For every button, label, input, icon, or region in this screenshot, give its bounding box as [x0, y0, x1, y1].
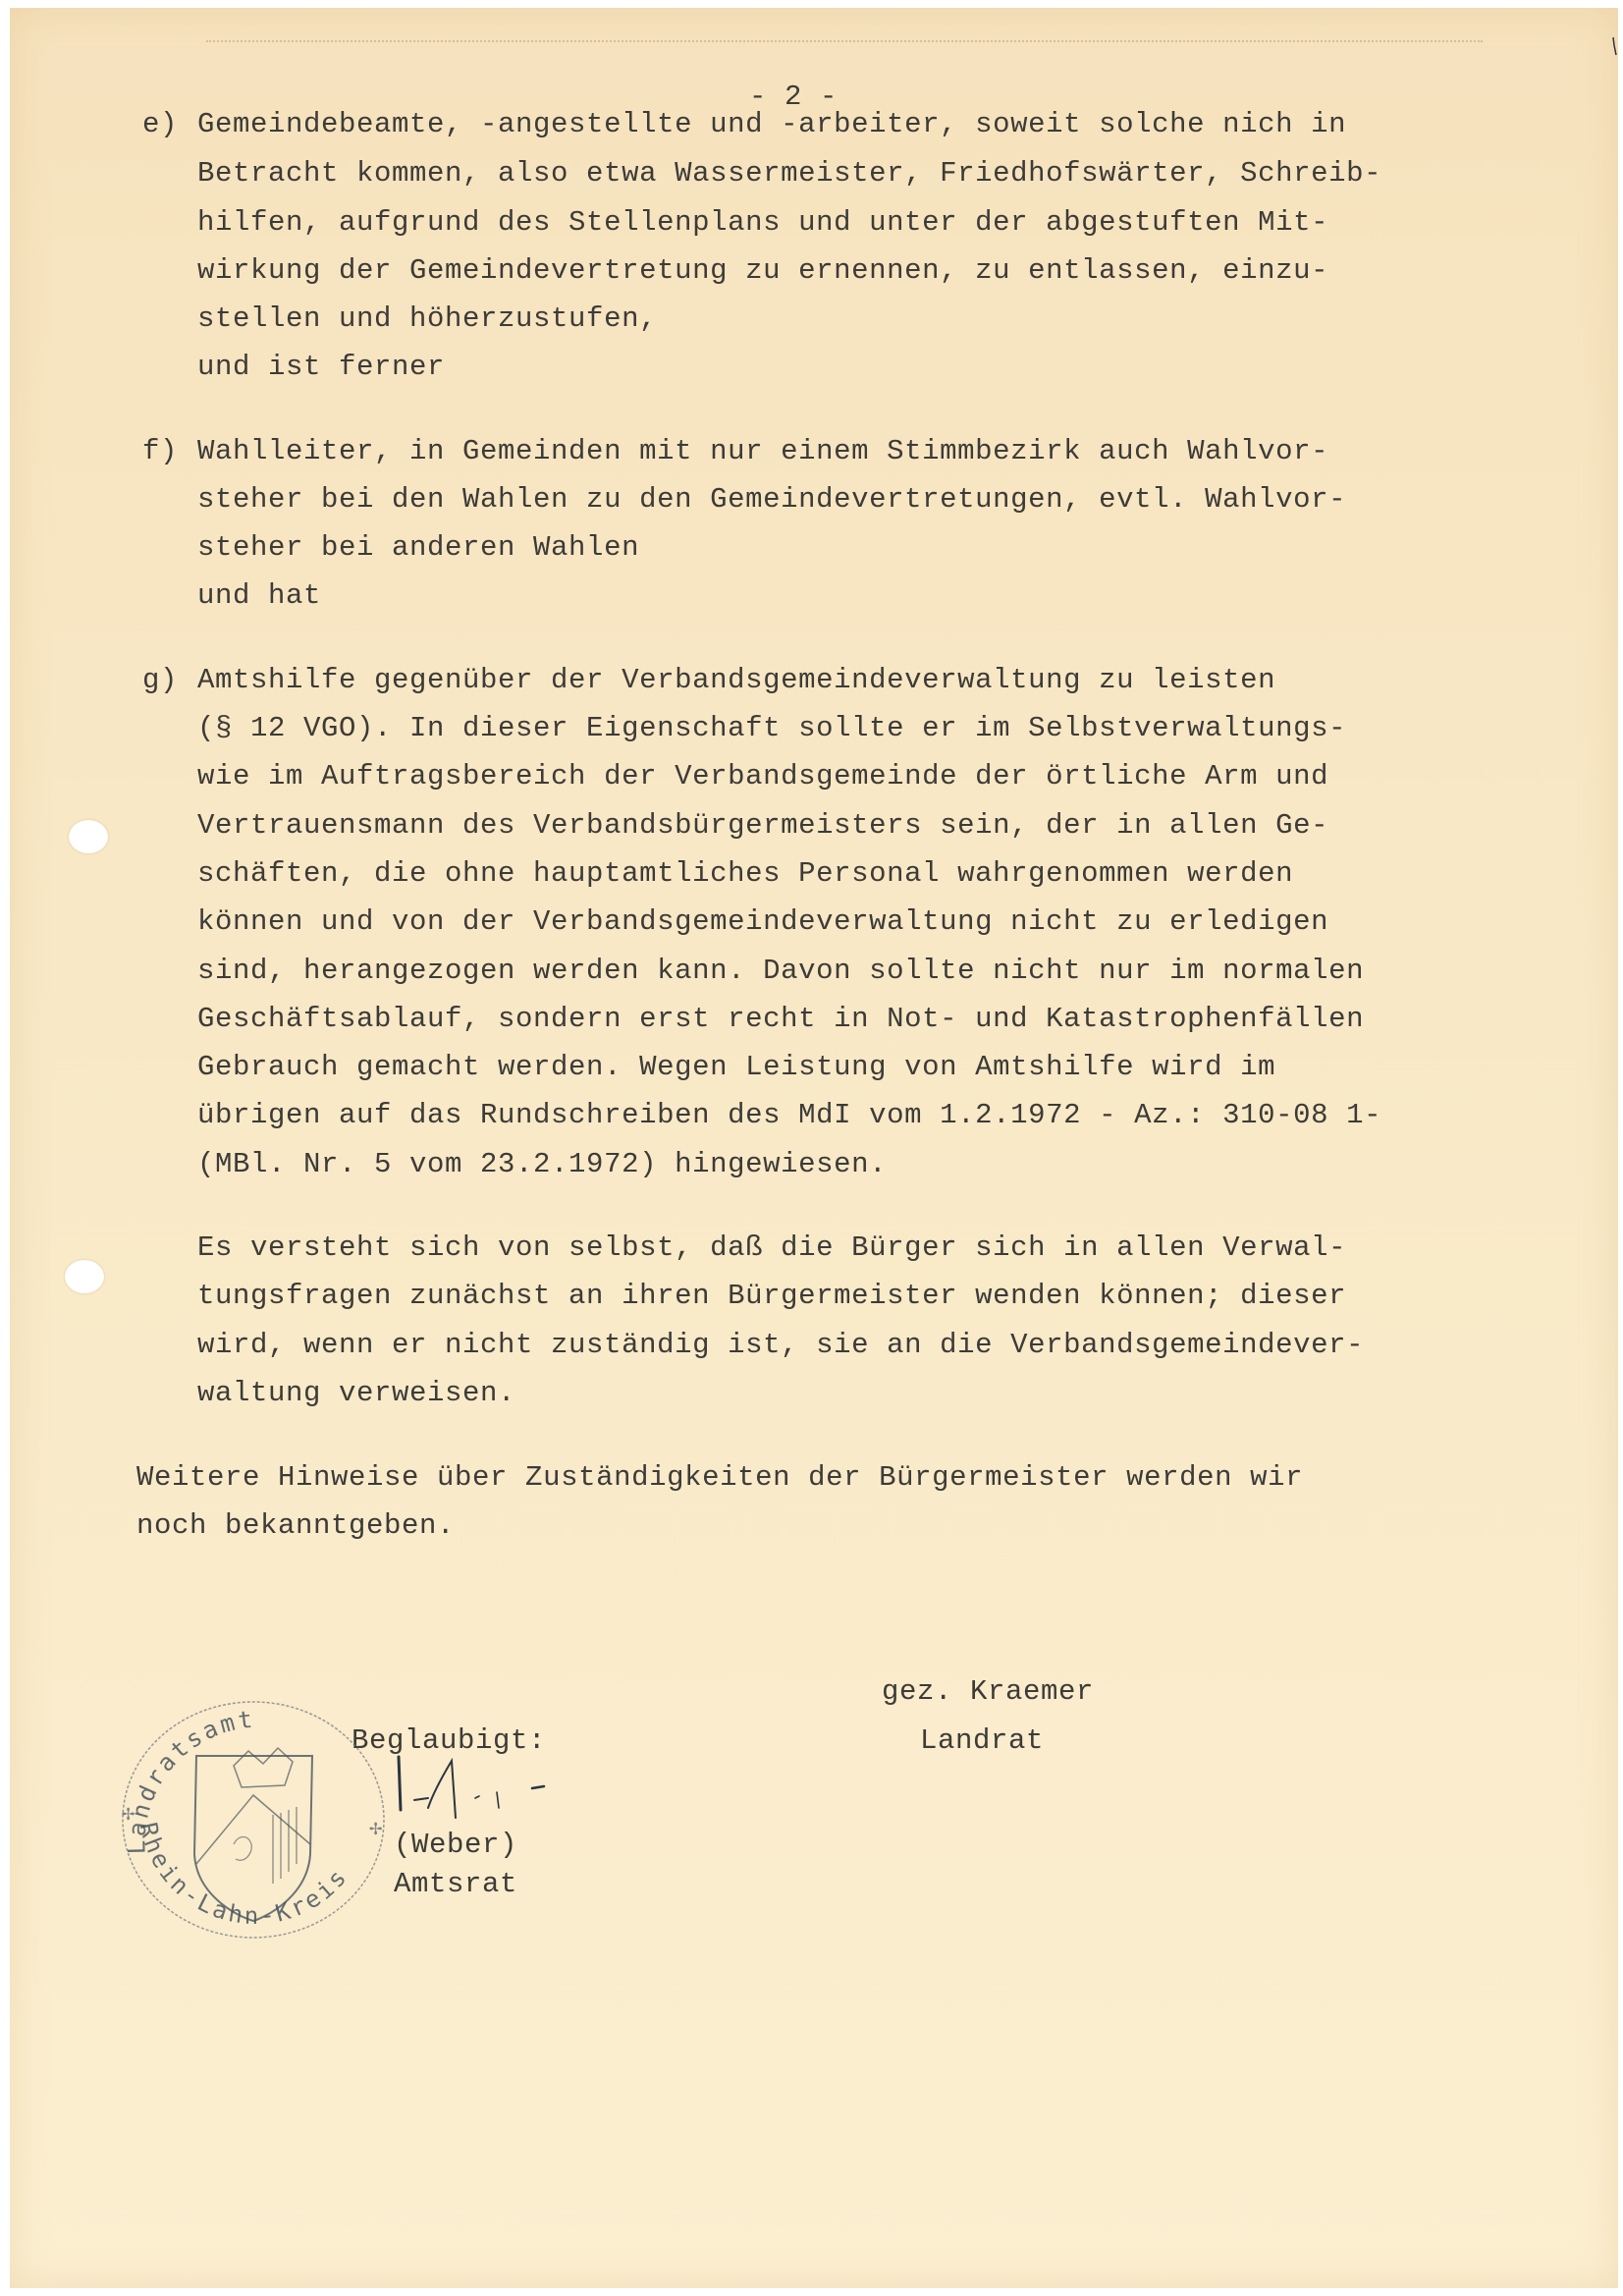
section-g-line: (MBl. Nr. 5 vom 23.2.1972) hingewiesen.: [197, 1150, 887, 1179]
section-g-line: übrigen auf das Rundschreiben des MdI vo…: [197, 1101, 1381, 1130]
section-f-line: steher bei anderen Wahlen: [197, 533, 639, 563]
svg-text:✢: ✢: [122, 1801, 135, 1826]
section-f-line: Wahlleiter, in Gemeinden mit nur einem S…: [197, 437, 1328, 466]
section-g-line: können und von der Verbandsgemeindeverwa…: [197, 907, 1328, 937]
official-seal-stamp: Landratsamt Rhein-Lahn-Kreis ✢ ✢: [116, 1697, 401, 1942]
perforation-line: [206, 40, 1483, 42]
paragraph-es-line: tungsfragen zunächst an ihren Bürgermeis…: [197, 1282, 1346, 1311]
section-e-line: stellen und höherzustufen,: [197, 304, 657, 334]
punch-hole-top: [69, 820, 108, 853]
section-g-line: Vertrauensmann des Verbandsbürgermeister…: [197, 811, 1328, 841]
section-g-line: (§ 12 VGO). In dieser Eigenschaft sollte…: [197, 714, 1346, 743]
svg-text:✢: ✢: [369, 1816, 382, 1840]
section-f-line: und hat: [197, 581, 321, 611]
section-g-line: Amtshilfe gegenüber der Verbandsgemeinde…: [197, 666, 1275, 695]
paragraph-es-line: wird, wenn er nicht zuständig ist, sie a…: [197, 1331, 1364, 1360]
section-e-line: hilfen, aufgrund des Stellenplans und un…: [197, 208, 1328, 238]
section-e-line: Gemeindebeamte, -angestellte und -arbeit…: [197, 110, 1346, 139]
edge-mark: [1611, 37, 1617, 57]
section-g-line: schäften, die ohne hauptamtliches Person…: [197, 859, 1293, 889]
closing-paragraph-line: Weitere Hinweise über Zuständigkeiten de…: [136, 1463, 1303, 1493]
document-page: - 2 - e) Gemeindebeamte, -angestellte un…: [10, 8, 1618, 2288]
section-e-label: e): [142, 110, 178, 139]
section-f-label: f): [142, 437, 178, 466]
section-e-line: wirkung der Gemeindevertretung zu ernenn…: [197, 256, 1328, 286]
section-g-line: Geschäftsablauf, sondern erst recht in N…: [197, 1005, 1364, 1034]
section-f-line: steher bei den Wahlen zu den Gemeindever…: [197, 485, 1346, 515]
section-g-label: g): [142, 666, 178, 695]
section-g-line: sind, herangezogen werden kann. Davon so…: [197, 957, 1364, 986]
signed-title: Landrat: [920, 1726, 1044, 1756]
handwritten-signature: [395, 1751, 650, 1839]
section-e-line: Betracht kommen, also etwa Wassermeister…: [197, 159, 1381, 189]
paragraph-es-line: Es versteht sich von selbst, daß die Bür…: [197, 1233, 1346, 1263]
punch-hole-bottom: [65, 1260, 104, 1293]
section-g-line: wie im Auftragsbereich der Verbandsgemei…: [197, 762, 1328, 792]
closing-paragraph-line: noch bekanntgeben.: [136, 1511, 455, 1541]
section-e-line: und ist ferner: [197, 353, 445, 382]
signed-name: gez. Kraemer: [882, 1677, 1094, 1707]
paragraph-es-line: waltung verweisen.: [197, 1379, 515, 1408]
section-g-line: Gebrauch gemacht werden. Wegen Leistung …: [197, 1053, 1275, 1082]
certifier-title: Amtsrat: [394, 1870, 517, 1899]
